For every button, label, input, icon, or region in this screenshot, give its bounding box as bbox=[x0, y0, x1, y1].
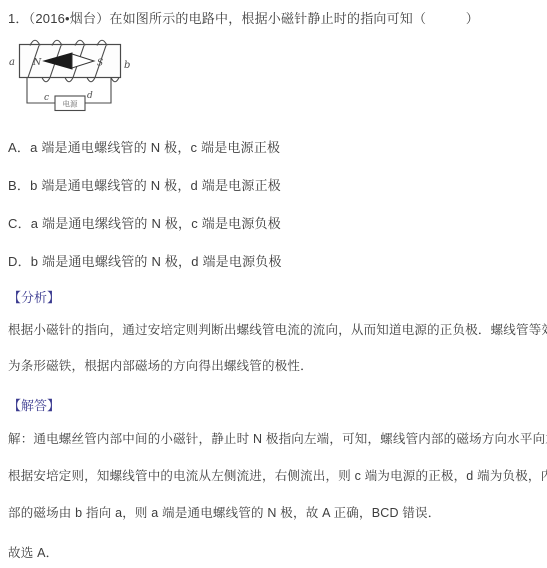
option-d: D．b 端是通电螺线管的 N 极，d 端是电源负极 bbox=[8, 251, 282, 270]
circuit-diagram: 电源 N S bbox=[7, 39, 139, 117]
battery-label: 电源 bbox=[63, 99, 78, 109]
solution-line-1: 解：通电螺丝管内部中间的小磁针，静止时 N 极指向左端，可知，螺线管内部的磁场方… bbox=[8, 429, 547, 447]
question-title: 1．（2016•烟台）在如图所示的电路中，根据小磁针静止时的指向可知（ ） bbox=[8, 8, 479, 27]
wire-left bbox=[27, 78, 55, 103]
label-c: c bbox=[44, 93, 49, 103]
label-b: b bbox=[124, 60, 130, 71]
solution-line-3: 部的磁场由 b 指向 a，则 a 端是通电螺线管的 N 极，故 A 正确，BCD… bbox=[8, 503, 440, 521]
analysis-line-1: 根据小磁针的指向，通过安培定则判断出螺线管电流的流向，从而知道电源的正负极．螺线… bbox=[8, 320, 547, 338]
document-page: 1．（2016•烟台）在如图所示的电路中，根据小磁针静止时的指向可知（ ） 电源 bbox=[0, 0, 547, 568]
label-a: a bbox=[9, 57, 15, 68]
label-n: N bbox=[32, 57, 42, 68]
analysis-header: 【分析】 bbox=[8, 287, 60, 306]
option-a: A．a 端是通电螺线管的 N 极，c 端是电源正极 bbox=[8, 137, 280, 156]
circuit-figure: 电源 N S bbox=[7, 39, 139, 117]
solution-line-2: 根据安培定则，知螺线管中的电流从左侧流进，右侧流出，则 c 端为电源的正极，d … bbox=[8, 466, 547, 484]
analysis-line-2: 为条形磁铁，根据内部磁场的方向得出螺线管的极性． bbox=[8, 356, 313, 374]
option-b: B．b 端是通电螺线管的 N 极，d 端是电源正极 bbox=[8, 175, 281, 194]
label-d: d bbox=[87, 91, 93, 101]
label-s: S bbox=[97, 59, 103, 69]
option-c: C．a 端是通电缧线管的 N 极，c 端是电源负极 bbox=[8, 213, 281, 232]
answer-header: 【解答】 bbox=[8, 395, 60, 414]
solution-conclusion: 故选 A． bbox=[8, 543, 58, 561]
